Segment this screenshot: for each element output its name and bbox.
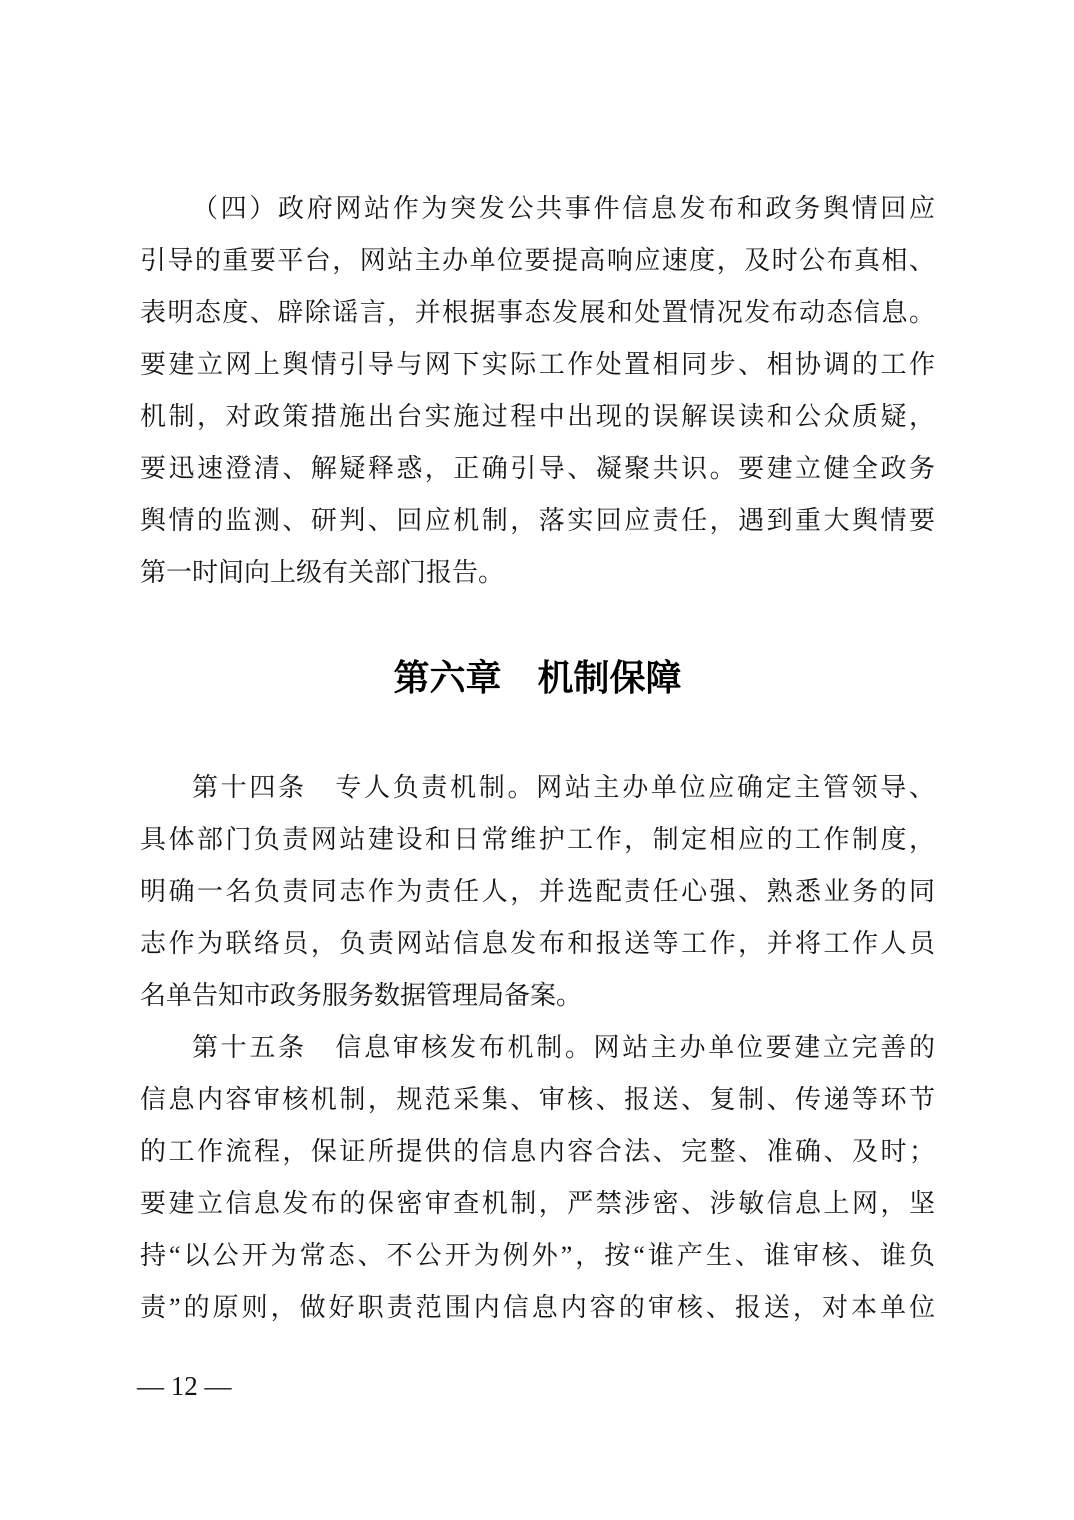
text-line: 明确一名负责同志作为责任人，并选配责任心强、熟悉业务的同 [140, 866, 935, 918]
text-line: 的工作流程，保证所提供的信息内容合法、完整、准确、及时； [140, 1126, 935, 1178]
text-line: 具体部门负责网站建设和日常维护工作，制定相应的工作制度， [140, 814, 935, 866]
article-fifteen: 第十五条 信息审核发布机制。网站主办单位要建立完善的 信息内容审核机制，规范采集… [140, 1022, 935, 1334]
chapter-heading: 第六章 机制保障 [140, 652, 935, 704]
text-line: 要迅速澄清、解疑释惑，正确引导、凝聚共识。要建立健全政务 [140, 443, 935, 495]
text-line: 信息内容审核机制，规范采集、审核、报送、复制、传递等环节 [140, 1074, 935, 1126]
text-line: 志作为联络员，负责网站信息发布和报送等工作，并将工作人员 [140, 918, 935, 970]
paragraph-four: （四）政府网站作为突发公共事件信息发布和政务舆情回应 引导的重要平台，网站主办单… [140, 183, 935, 599]
page-number: — 12 — [137, 1371, 232, 1401]
text-line: 要建立信息发布的保密审查机制，严禁涉密、涉敏信息上网，坚 [140, 1178, 935, 1230]
text-line: 责”的原则，做好职责范围内信息内容的审核、报送，对本单位 [140, 1282, 935, 1334]
text-line: （四）政府网站作为突发公共事件信息发布和政务舆情回应 [140, 183, 935, 235]
text-line: 表明态度、辟除谣言，并根据事态发展和处置情况发布动态信息。 [140, 287, 935, 339]
text-line: 第十四条 专人负责机制。网站主办单位应确定主管领导、 [140, 762, 935, 814]
text-line: 机制，对政策措施出台实施过程中出现的误解误读和公众质疑， [140, 391, 935, 443]
text-line: 舆情的监测、研判、回应机制，落实回应责任，遇到重大舆情要 [140, 495, 935, 547]
text-line: 名单告知市政务服务数据管理局备案。 [140, 970, 935, 1022]
text-line: 持“以公开为常态、不公开为例外”，按“谁产生、谁审核、谁负 [140, 1230, 935, 1282]
article-fourteen: 第十四条 专人负责机制。网站主办单位应确定主管领导、 具体部门负责网站建设和日常… [140, 762, 935, 1022]
text-line: 第一时间向上级有关部门报告。 [140, 547, 935, 599]
text-line: 第十五条 信息审核发布机制。网站主办单位要建立完善的 [140, 1022, 935, 1074]
text-line: 要建立网上舆情引导与网下实际工作处置相同步、相协调的工作 [140, 339, 935, 391]
document-body: （四）政府网站作为突发公共事件信息发布和政务舆情回应 引导的重要平台，网站主办单… [140, 183, 935, 1334]
text-line: 引导的重要平台，网站主办单位要提高响应速度，及时公布真相、 [140, 235, 935, 287]
document-page: （四）政府网站作为突发公共事件信息发布和政务舆情回应 引导的重要平台，网站主办单… [0, 0, 1074, 1520]
